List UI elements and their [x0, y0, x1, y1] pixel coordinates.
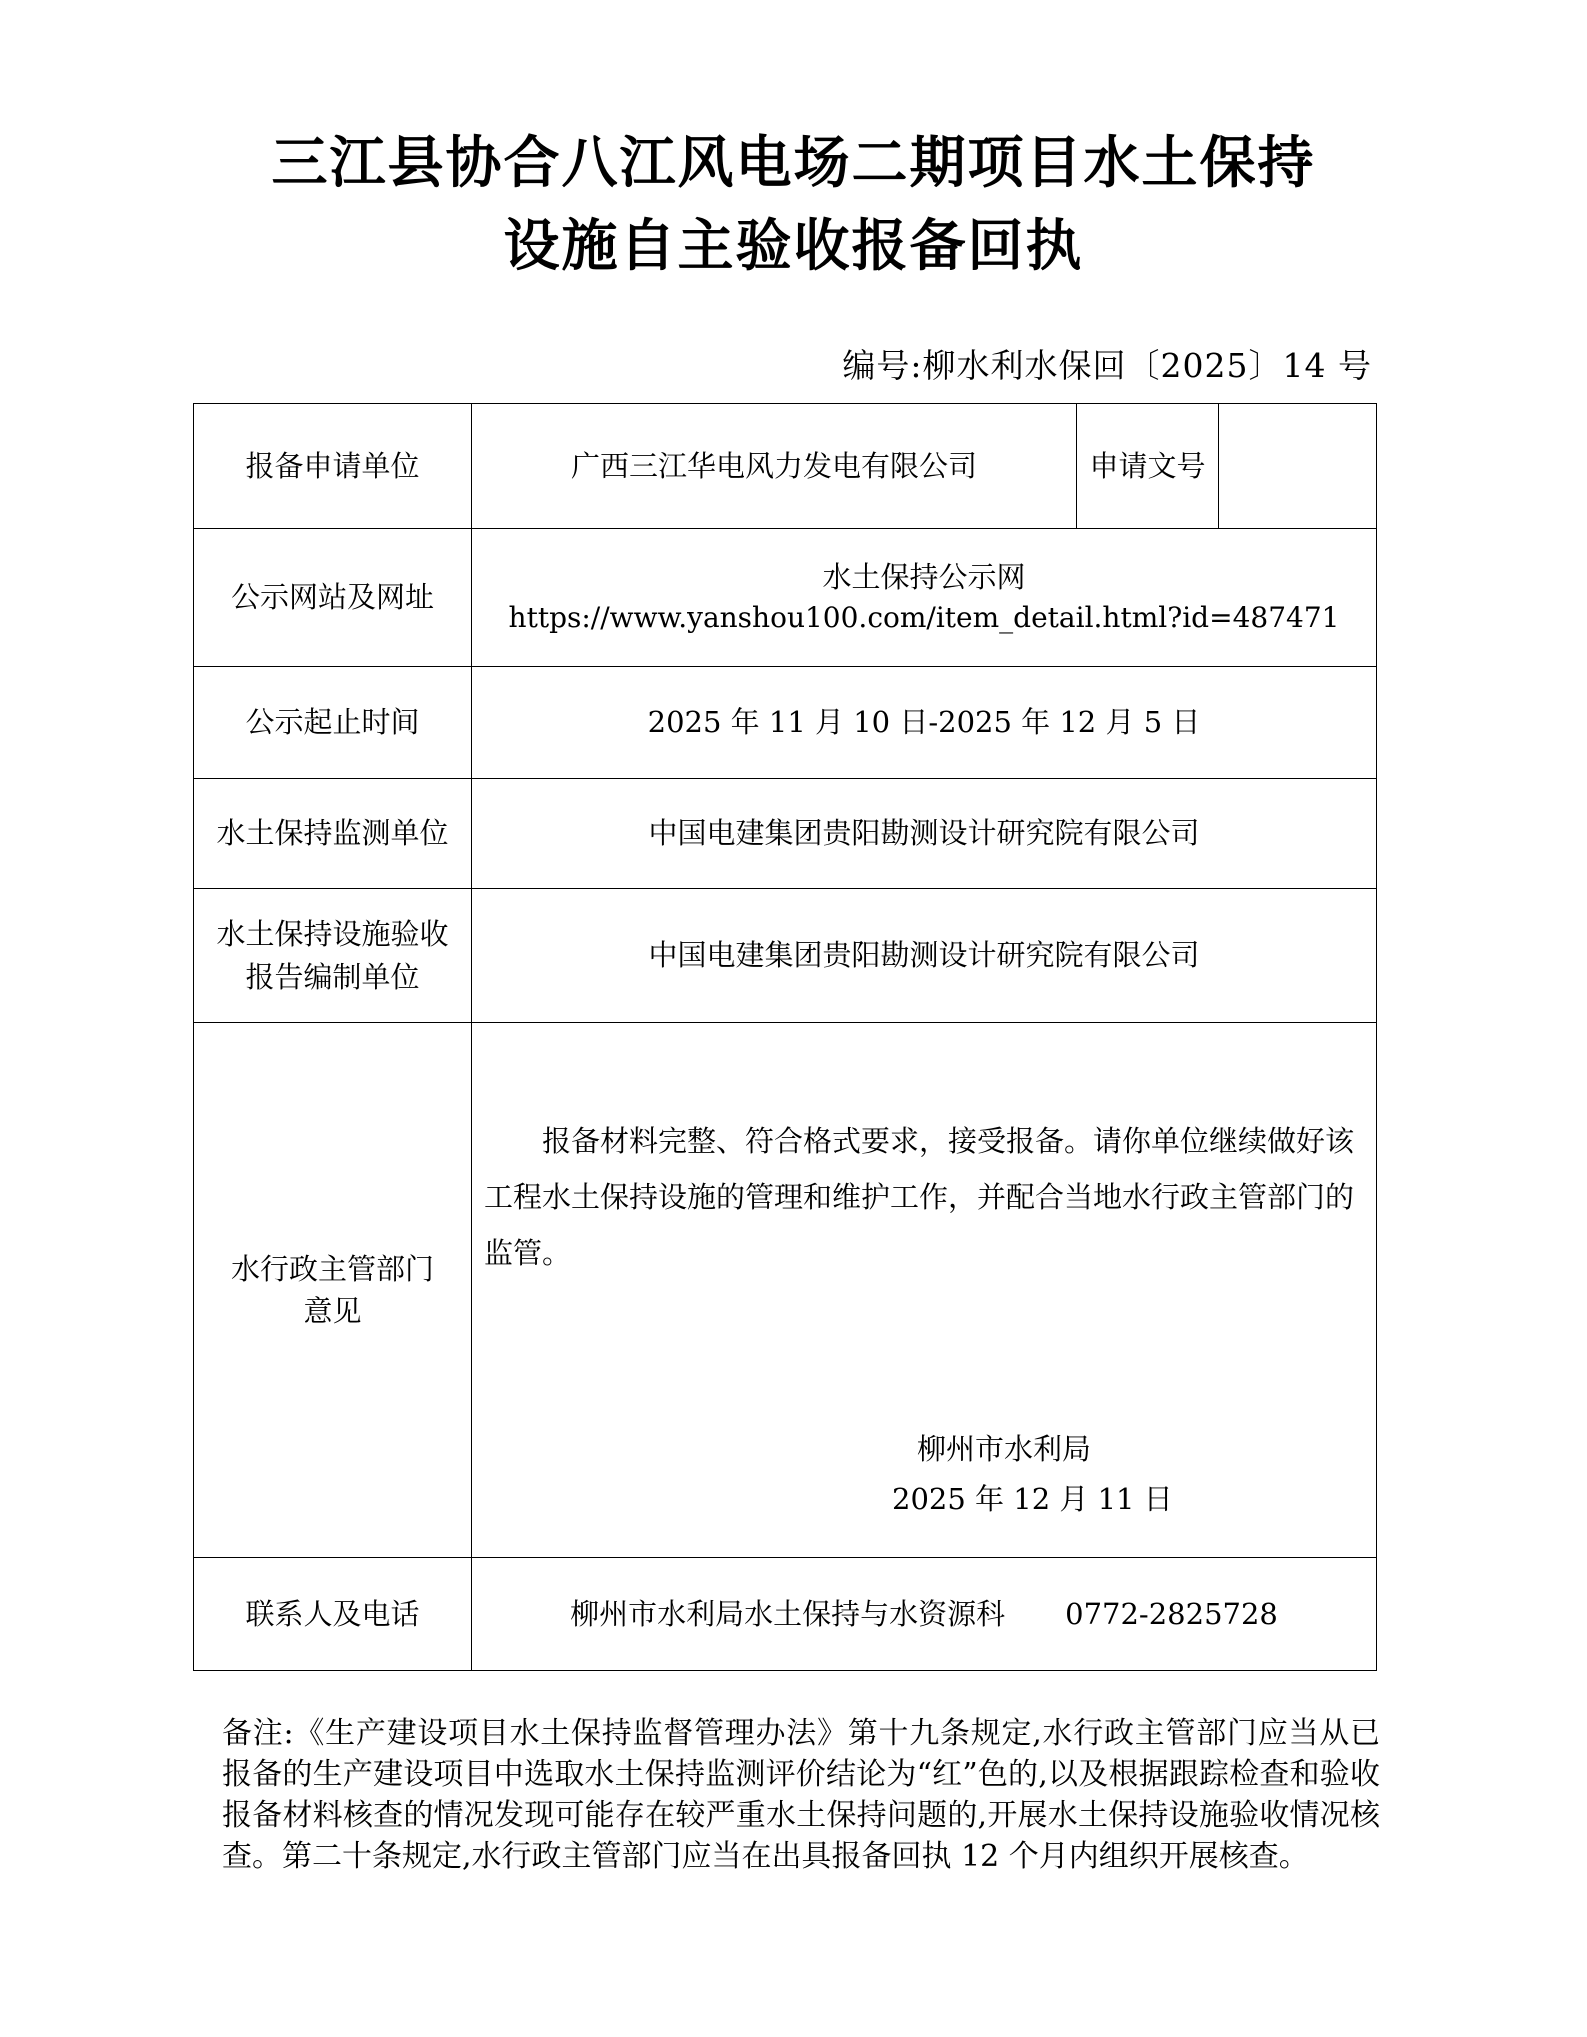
table-row-contact: 联系人及电话 柳州市水利局水土保持与水资源科0772-2825728: [194, 1558, 1377, 1671]
value-report-unit: 中国电建集团贵阳勘测设计研究院有限公司: [472, 889, 1377, 1023]
label-opinion: 水行政主管部门 意见: [194, 1023, 472, 1558]
value-applicant: 广西三江华电风力发电有限公司: [472, 404, 1077, 529]
signing-authority: 柳州市水利局: [917, 1428, 1091, 1470]
value-monitoring-unit: 中国电建集团贵阳勘测设计研究院有限公司: [472, 779, 1377, 889]
footnote: 备注:《生产建设项目水土保持监督管理办法》第十九条规定,水行政主管部门应当从已报…: [222, 1713, 1380, 1877]
opinion-text: 报备材料完整、符合格式要求，接受报备。请你单位继续做好该工程水土保持设施的管理和…: [484, 1113, 1364, 1281]
label-contact: 联系人及电话: [194, 1558, 472, 1671]
table-row-report-unit: 水土保持设施验收 报告编制单位 中国电建集团贵阳勘测设计研究院有限公司: [194, 889, 1377, 1023]
label-applicant: 报备申请单位: [194, 404, 472, 529]
document-title-line2: 设施自主验收报备回执: [0, 218, 1587, 274]
label-report-unit-line1: 水土保持设施验收: [202, 913, 463, 955]
contact-department: 柳州市水利局水土保持与水资源科: [570, 1597, 1005, 1631]
document-title-line1: 三江县协合八江风电场二期项目水土保持: [0, 135, 1587, 191]
website-url[interactable]: https://www.yanshou100.com/item_detail.h…: [476, 598, 1372, 639]
table-row-monitoring-unit: 水土保持监测单位 中国电建集团贵阳勘测设计研究院有限公司: [194, 779, 1377, 889]
table-row-opinion: 水行政主管部门 意见 报备材料完整、符合格式要求，接受报备。请你单位继续做好该工…: [194, 1023, 1377, 1558]
label-website: 公示网站及网址: [194, 529, 472, 667]
label-opinion-line2: 意见: [202, 1290, 463, 1332]
value-website: 水土保持公示网 https://www.yanshou100.com/item_…: [472, 529, 1377, 667]
contact-phone: 0772-2825728: [1065, 1597, 1278, 1631]
filing-receipt-table: 报备申请单位 广西三江华电风力发电有限公司 申请文号 公示网站及网址 水土保持公…: [193, 403, 1377, 1671]
document-number: 编号:柳水利水保回〔2025〕14 号: [842, 340, 1372, 387]
table-row-website: 公示网站及网址 水土保持公示网 https://www.yanshou100.c…: [194, 529, 1377, 667]
website-name: 水土保持公示网: [476, 556, 1372, 598]
label-report-unit: 水土保持设施验收 报告编制单位: [194, 889, 472, 1023]
label-report-unit-line2: 报告编制单位: [202, 956, 463, 998]
label-publicity-period: 公示起止时间: [194, 667, 472, 779]
value-opinion: 报备材料完整、符合格式要求，接受报备。请你单位继续做好该工程水土保持设施的管理和…: [472, 1023, 1377, 1558]
label-monitoring-unit: 水土保持监测单位: [194, 779, 472, 889]
label-application-number: 申请文号: [1077, 404, 1219, 529]
table-row-publicity-period: 公示起止时间 2025 年 11 月 10 日-2025 年 12 月 5 日: [194, 667, 1377, 779]
value-application-number: [1219, 404, 1377, 529]
table-row-applicant: 报备申请单位 广西三江华电风力发电有限公司 申请文号: [194, 404, 1377, 529]
value-publicity-period: 2025 年 11 月 10 日-2025 年 12 月 5 日: [472, 667, 1377, 779]
label-opinion-line1: 水行政主管部门: [202, 1248, 463, 1290]
signing-date: 2025 年 12 月 11 日: [892, 1478, 1173, 1520]
value-contact: 柳州市水利局水土保持与水资源科0772-2825728: [472, 1558, 1377, 1671]
